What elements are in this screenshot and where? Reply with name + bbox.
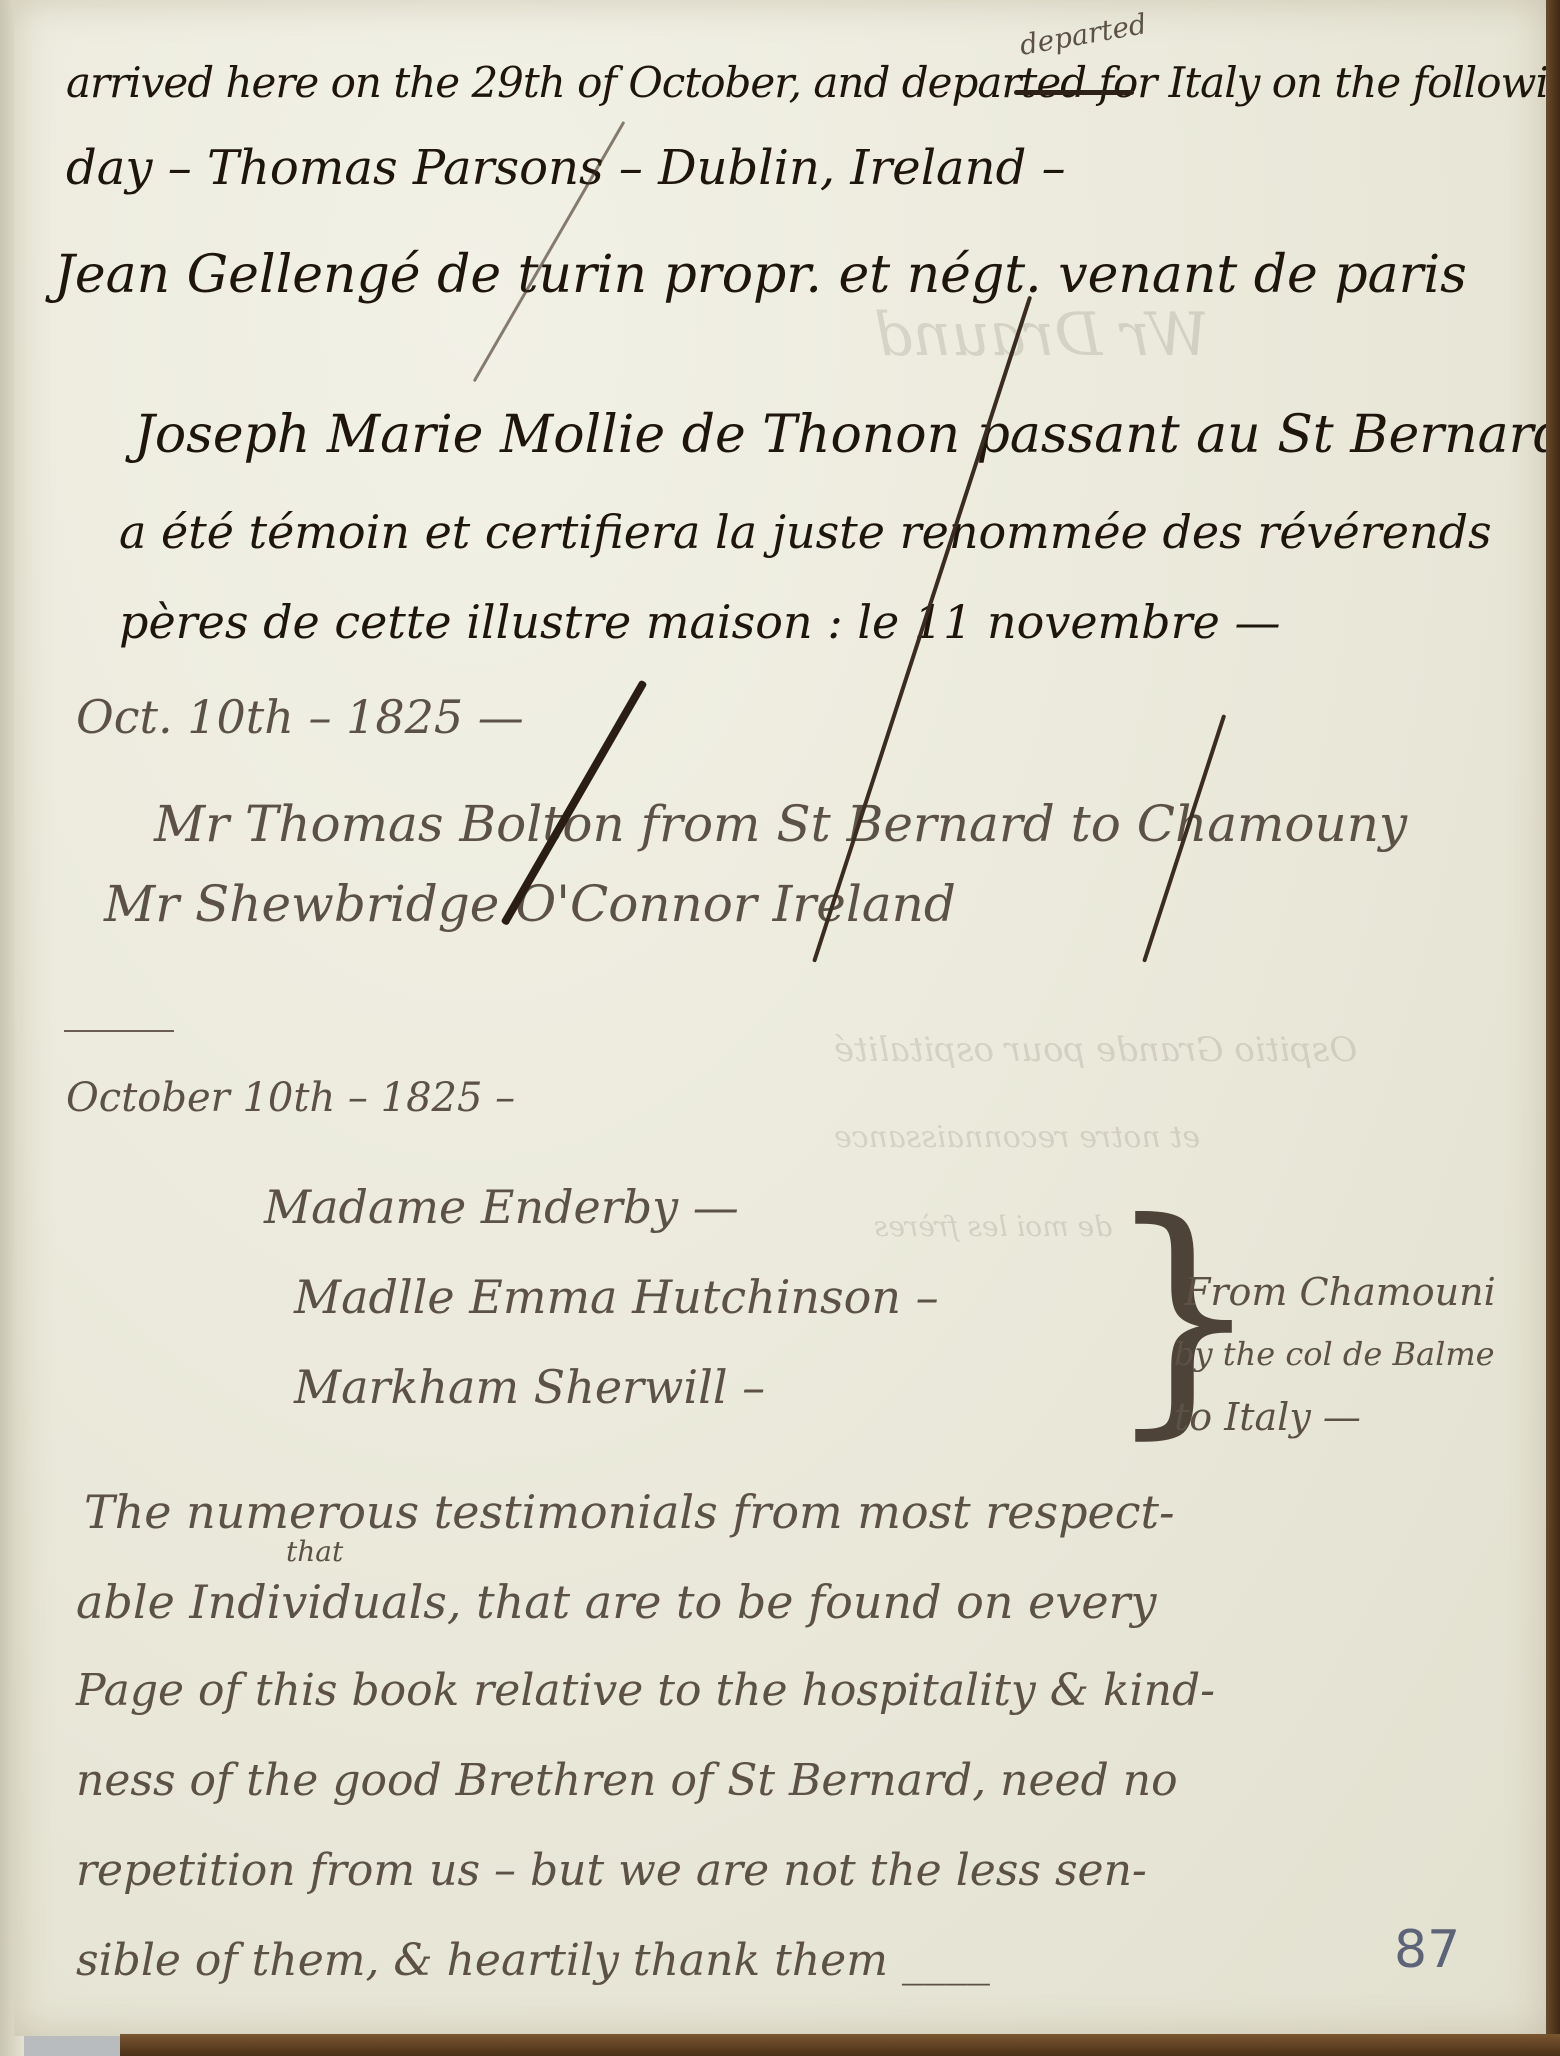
strikethrough-mark xyxy=(1014,90,1134,95)
bleed-through-text: Wr Draund xyxy=(874,300,1209,370)
entry-enderby-route-3: to Italy — xyxy=(1174,1395,1361,1439)
entry-mollie-line-3: pères de cette illustre maison : le 11 n… xyxy=(119,595,1280,649)
testimonial-line-6: sible of them, & heartily thank them ___… xyxy=(76,1935,990,1986)
entry-gellenge: Jean Gellengé de turin propr. et négt. v… xyxy=(54,245,1467,305)
entry-enderby-name-2: Madlle Emma Hutchinson – xyxy=(294,1270,939,1324)
book-edge xyxy=(1546,0,1560,2056)
bleed-through-text: et notre reconnaissance xyxy=(834,1120,1200,1155)
testimonial-line-2: able Individuals, that are to be found o… xyxy=(76,1575,1157,1629)
testimonial-line-5: repetition from us – but we are not the … xyxy=(76,1845,1147,1896)
correction-inserted-word: departed xyxy=(1017,7,1149,62)
page-number: 87 xyxy=(1394,1920,1460,1980)
entry-parsons-line-1: arrived here on the 29th of October, and… xyxy=(66,58,1560,107)
entry-parsons-line-2: day – Thomas Parsons – Dublin, Ireland – xyxy=(66,140,1066,196)
entry-enderby-name-1: Madame Enderby — xyxy=(264,1180,739,1234)
manuscript-page: Wr Draund Ospitio Grande pour ospitalité… xyxy=(14,0,1546,2036)
testimonial-line-3: Page of this book relative to the hospit… xyxy=(76,1665,1215,1716)
book-edge xyxy=(120,2034,1560,2056)
testimonial-line-1: The numerous testimonials from most resp… xyxy=(84,1485,1175,1539)
entry-enderby-route-1: From Chamouni xyxy=(1184,1270,1496,1314)
bleed-through-text: Ospitio Grande pour ospitalité xyxy=(834,1030,1357,1070)
bleed-through-text: de moi les frères xyxy=(874,1210,1112,1243)
entry-mollie-line-1: Joseph Marie Mollie de Thonon passant au… xyxy=(134,405,1560,465)
entry-bolton-date: Oct. 10th – 1825 — xyxy=(76,690,524,744)
entry-enderby-name-3: Markham Sherwill – xyxy=(294,1360,765,1414)
correction-inserted-word: that xyxy=(286,1535,343,1568)
entry-mollie-line-2: a été témoin et certifiera la juste reno… xyxy=(119,505,1492,559)
testimonial-line-4: ness of the good Brethren of St Bernard,… xyxy=(76,1755,1178,1806)
entry-enderby-route-2: by the col de Balme xyxy=(1174,1335,1495,1373)
separator-rule xyxy=(64,1030,174,1032)
entry-bolton-line-1: Mr Thomas Bolton from St Bernard to Cham… xyxy=(154,795,1407,853)
entry-enderby-date: October 10th – 1825 – xyxy=(66,1075,515,1121)
